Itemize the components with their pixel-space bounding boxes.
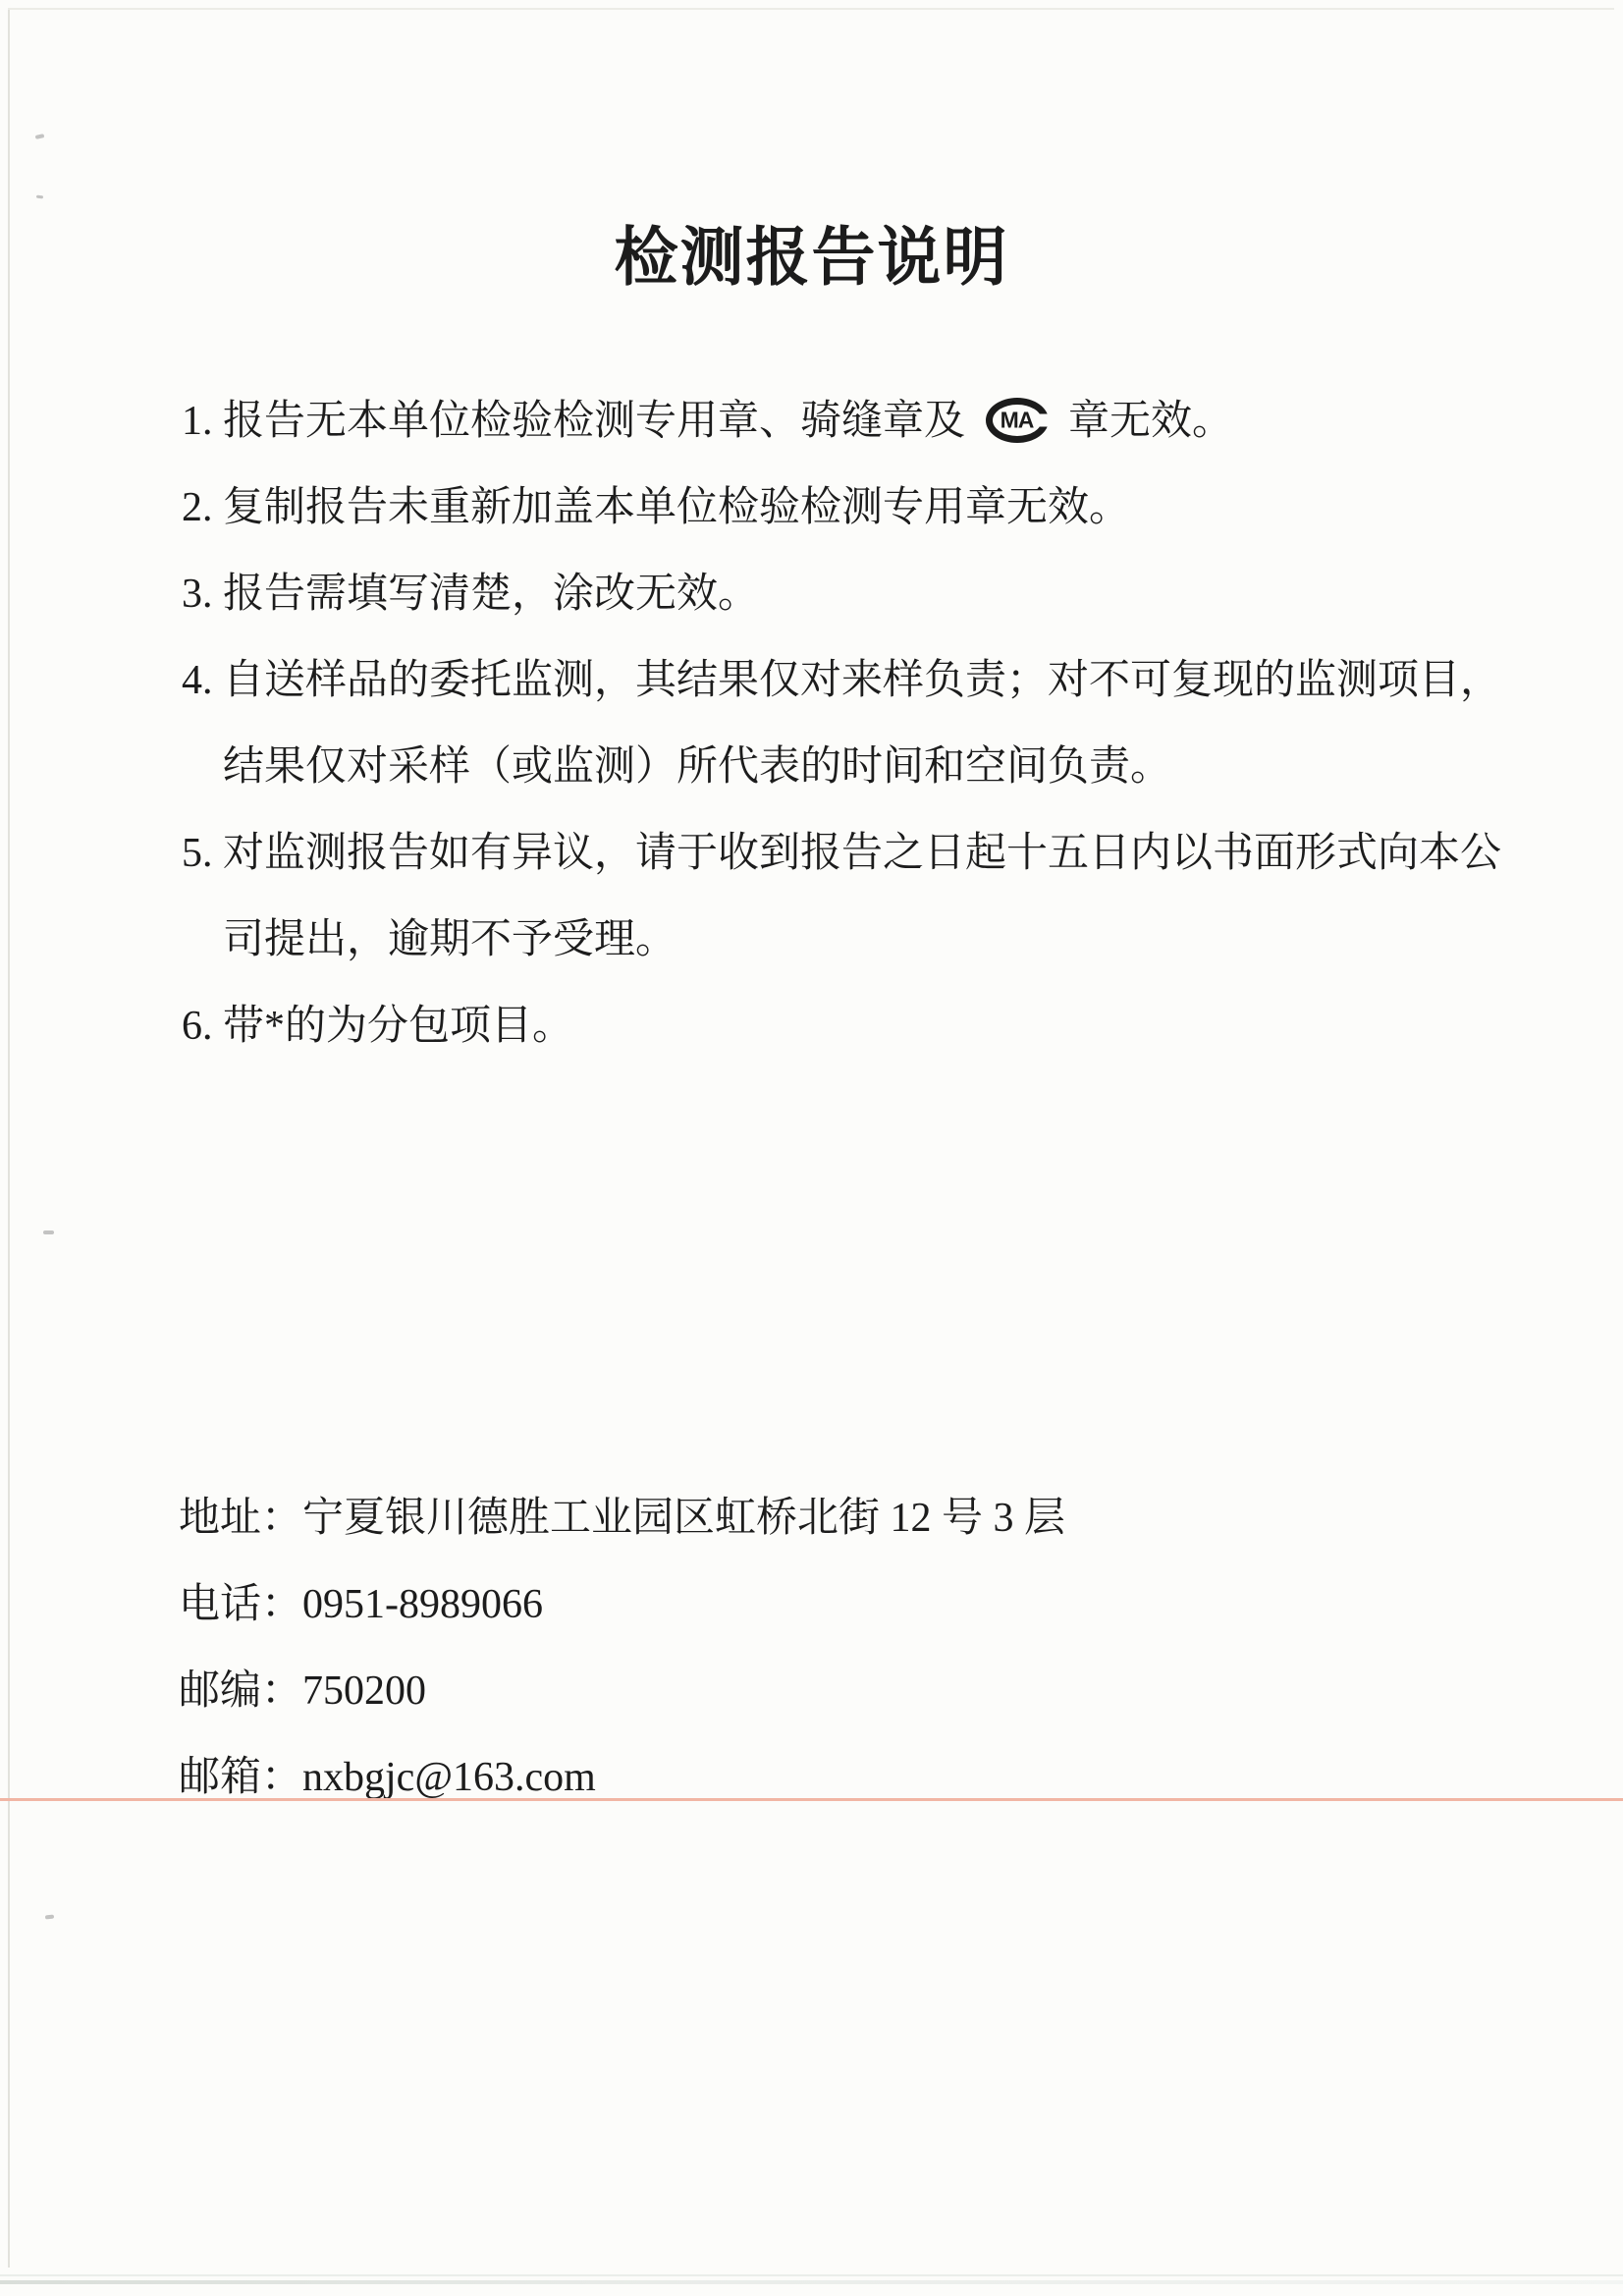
scan-artifact [45,1915,54,1920]
item-line: 带*的为分包项目。 [223,983,573,1069]
list-item: 3. 报告需填写清楚，涂改无效。 [182,551,1501,637]
item-line: 结果仅对采样（或监测）所代表的时间和空间负责。 [223,724,1501,810]
item-number: 1. [182,378,223,465]
item-text-before-mark: 报告无本单位检验检测专用章、骑缝章及 [223,399,965,444]
cma-accreditation-mark-icon: MA [986,398,1049,443]
scan-artifact [43,1230,54,1234]
list-item: 6. 带*的为分包项目。 [182,983,1501,1069]
contact-value: 0951-8989066 [302,1582,543,1627]
item-number: 5. [182,810,223,897]
contact-value: 750200 [302,1668,426,1714]
contact-row: 邮箱：nxbgjc@163.com [179,1734,1065,1821]
contact-row: 电话：0951-8989066 [179,1561,1065,1648]
item-text: 报告需填写清楚，涂改无效。 [223,551,759,637]
list-item: 4. 自送样品的委托监测，其结果仅对来样负责；对不可复现的监测项目，结果仅对采样… [182,637,1501,810]
item-line: 对监测报告如有异议，请于收到报告之日起十五日内以书面形式向本公 [223,810,1501,897]
item-text-after-mark: 章无效。 [1068,399,1233,444]
item-text: 报告无本单位检验检测专用章、骑缝章及 MA 章无效。 [223,378,1233,465]
contact-block: 地址：宁夏银川德胜工业园区虹桥北街 12 号 3 层 电话：0951-89890… [179,1475,1065,1821]
contact-row: 地址：宁夏银川德胜工业园区虹桥北街 12 号 3 层 [179,1475,1065,1561]
item-number: 2. [182,465,223,551]
contact-label: 邮箱： [179,1755,302,1800]
cma-mark-label: MA [993,409,1042,431]
scan-artifact [35,134,45,139]
list-item: 1. 报告无本单位检验检测专用章、骑缝章及 MA 章无效。 [182,378,1501,465]
item-line: 报告无本单位检验检测专用章、骑缝章及 MA 章无效。 [223,378,1233,465]
item-text: 自送样品的委托监测，其结果仅对来样负责；对不可复现的监测项目，结果仅对采样（或监… [223,637,1501,810]
scan-edge-left [8,9,10,2268]
page-title: 检测报告说明 [0,219,1623,298]
item-line: 复制报告未重新加盖本单位检验检测专用章无效。 [223,465,1130,551]
item-text: 对监测报告如有异议，请于收到报告之日起十五日内以书面形式向本公司提出，逾期不予受… [223,810,1501,983]
item-number: 6. [182,983,223,1069]
item-text: 带*的为分包项目。 [223,983,573,1069]
contact-label: 电话： [179,1582,302,1627]
list-item: 5. 对监测报告如有异议，请于收到报告之日起十五日内以书面形式向本公司提出，逾期… [182,810,1501,983]
item-line: 司提出，逾期不予受理。 [223,897,1501,983]
scan-edge-bottom-faint [0,2274,1623,2276]
item-text: 复制报告未重新加盖本单位检验检测专用章无效。 [223,465,1130,551]
notes-list: 1. 报告无本单位检验检测专用章、骑缝章及 MA 章无效。 2. 复制报告未重新… [182,378,1501,1069]
document-page: 检测报告说明 1. 报告无本单位检验检测专用章、骑缝章及 MA 章无效。 2. … [0,0,1623,2296]
contact-value: 宁夏银川德胜工业园区虹桥北街 12 号 3 层 [302,1496,1065,1541]
divider-line [0,1798,1623,1801]
item-line: 自送样品的委托监测，其结果仅对来样负责；对不可复现的监测项目， [223,637,1501,724]
scan-edge-bottom [0,2280,1623,2284]
contact-label: 邮编： [179,1668,302,1714]
scan-edge-top [8,8,1614,10]
item-number: 4. [182,637,223,724]
contact-value: nxbgjc@163.com [302,1755,596,1800]
item-number: 3. [182,551,223,637]
item-line: 报告需填写清楚，涂改无效。 [223,551,759,637]
list-item: 2. 复制报告未重新加盖本单位检验检测专用章无效。 [182,465,1501,551]
scan-artifact [36,195,43,199]
contact-row: 邮编：750200 [179,1648,1065,1734]
contact-label: 地址： [179,1496,302,1541]
